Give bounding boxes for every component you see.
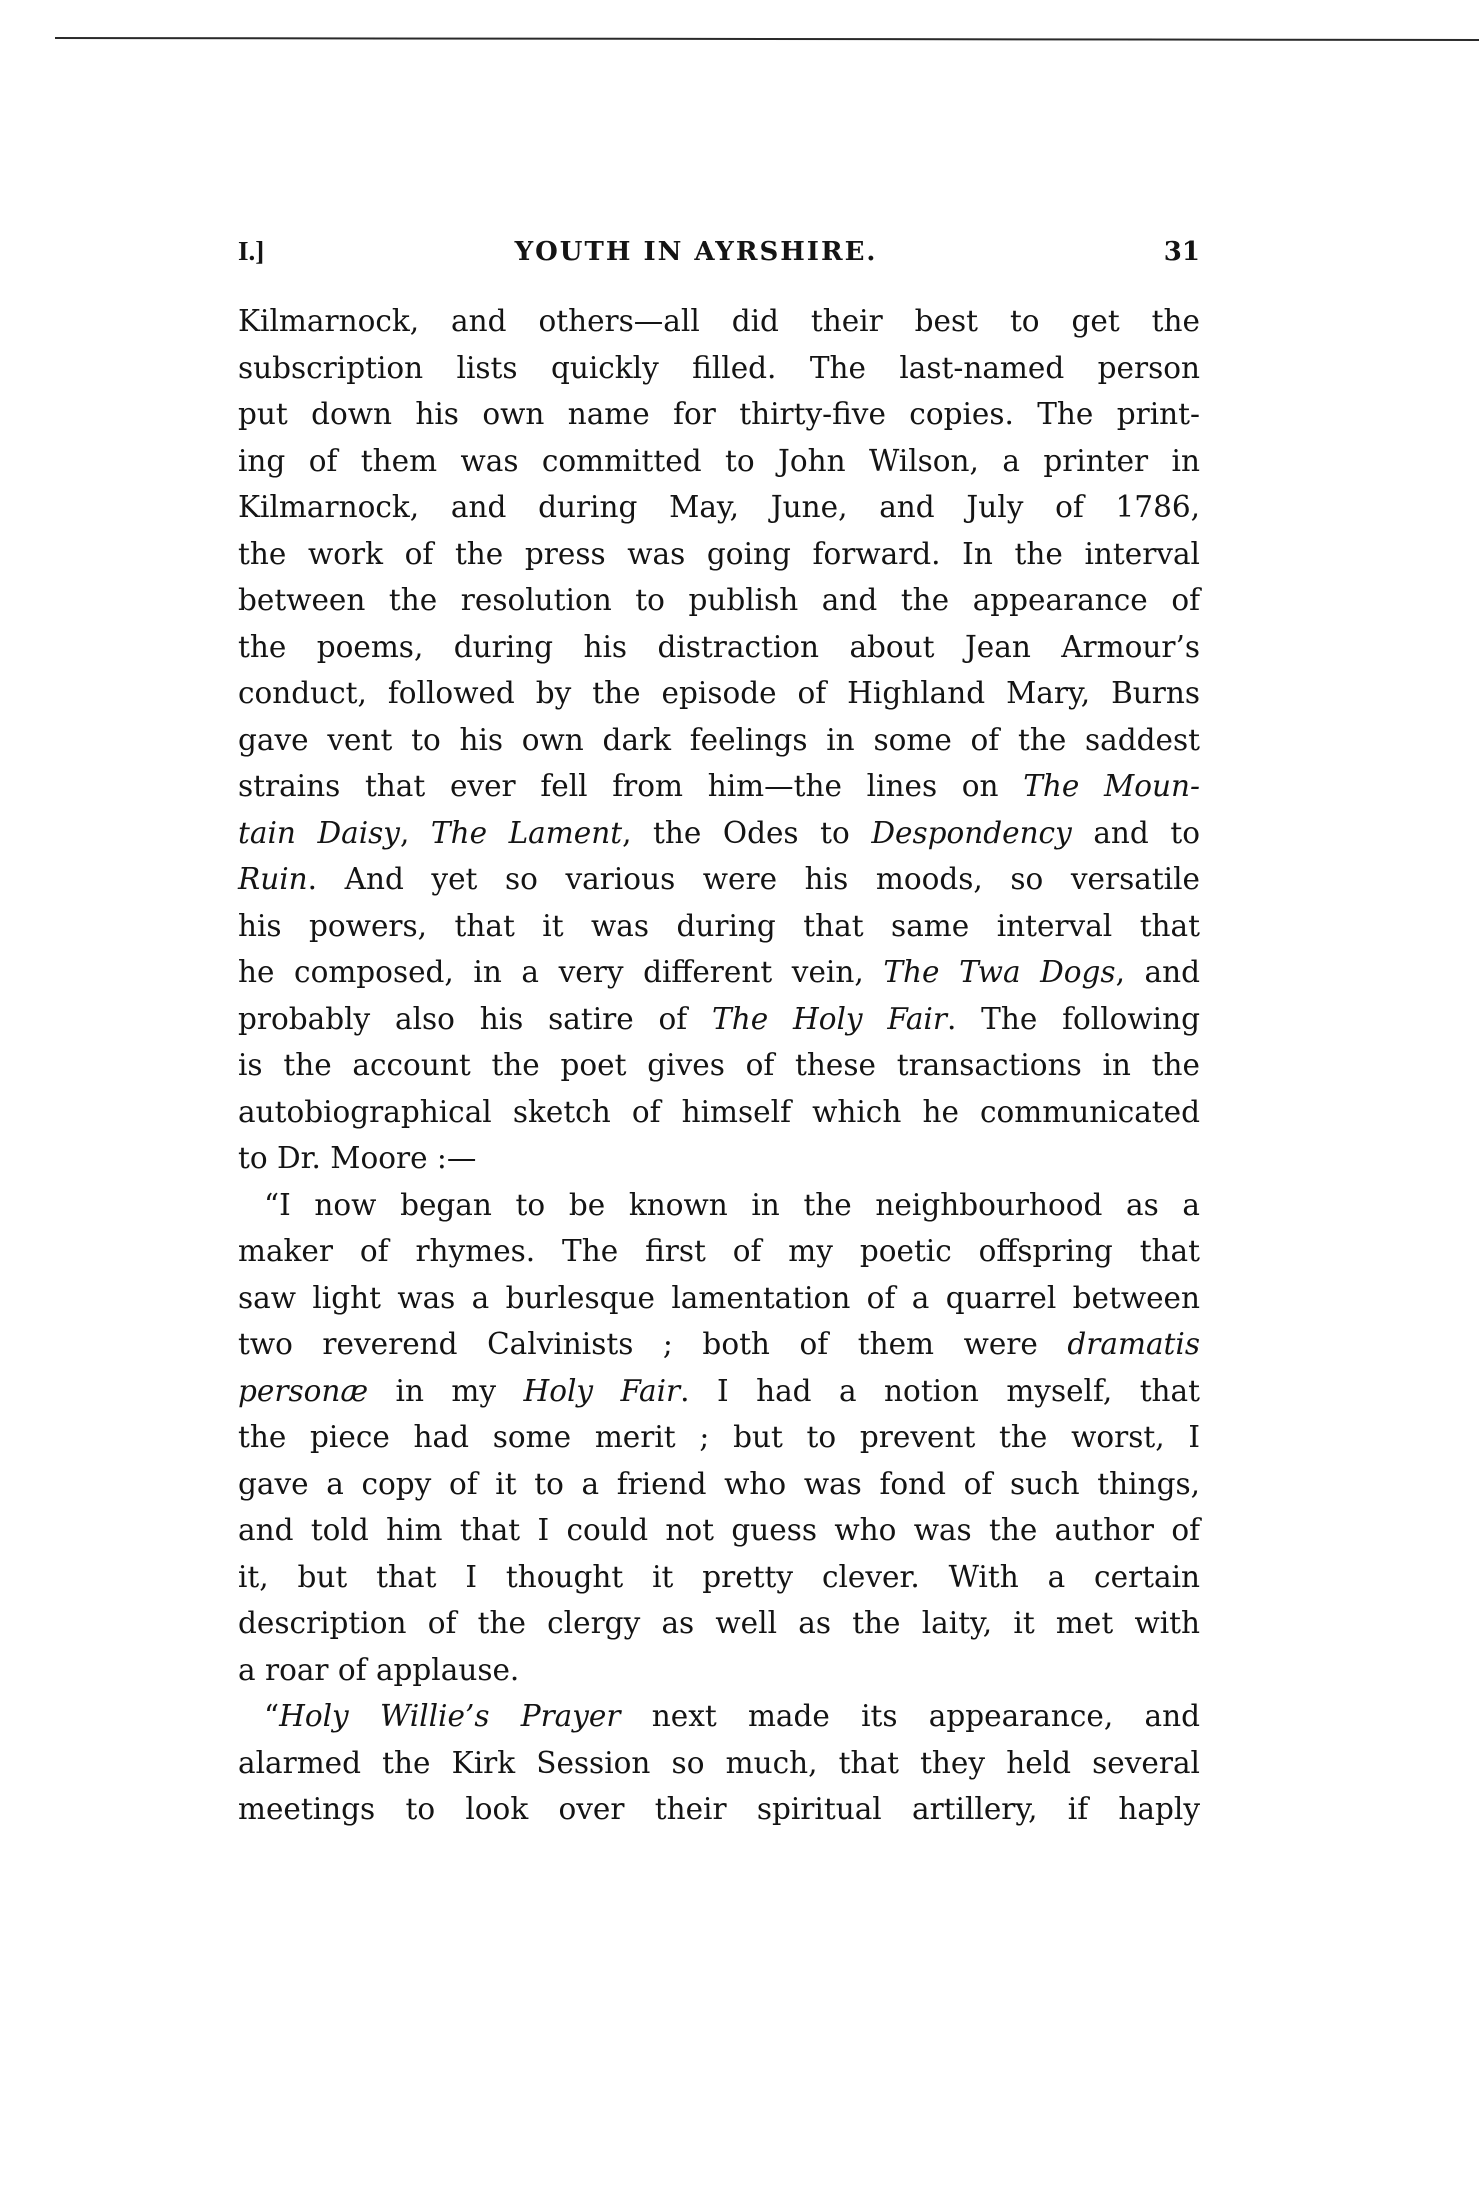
text-line: two reverend Calvinists ; both of them w… [238,1321,1200,1368]
text-line: strains that ever fell from him—the line… [238,763,1200,810]
text-run: . I had a notion myself, that [680,1374,1200,1408]
text-line: to Dr. Moore :— [238,1135,1200,1182]
text-run: saw light was a burlesque lamentation of… [238,1281,1200,1315]
text-run: a roar of applause. [238,1653,519,1687]
italic-title: tain Daisy [238,816,400,850]
italic-title: The Lament [431,816,622,850]
text-line: “I now began to be known in the neighbou… [238,1182,1200,1229]
text-run: description of the clergy as well as the… [238,1606,1200,1640]
text-run: Kilmarnock, and during May, June, and Ju… [238,490,1200,524]
text-line: the poems, during his distraction about … [238,624,1200,671]
scan-edge-rule [55,37,1479,41]
text-line: gave vent to his own dark feelings in so… [238,717,1200,764]
text-run: conduct, followed by the episode of High… [238,676,1200,710]
paragraph: Kilmarnock, and others—all did their bes… [238,298,1200,1182]
text-line: meetings to look over their spiritual ar… [238,1786,1200,1833]
text-line: it, but that I thought it pretty clever.… [238,1554,1200,1601]
text-run: in my [368,1374,523,1408]
text-line: saw light was a burlesque lamentation of… [238,1275,1200,1322]
text-run: “I now began to be known in the neighbou… [264,1188,1200,1222]
text-run: he composed, in a very different vein, [238,955,883,989]
text-line: between the resolution to publish and th… [238,577,1200,624]
text-line: the work of the press was going forward.… [238,531,1200,578]
text-run: between the resolution to publish and th… [238,583,1200,617]
text-run: and told him that I could not guess who … [238,1513,1200,1547]
text-run: two reverend Calvinists ; both of them w… [238,1327,1067,1361]
text-run: , and [1116,955,1200,989]
text-line: ing of them was committed to John Wilson… [238,438,1200,485]
text-run: his powers, that it was during that same… [238,909,1200,943]
italic-title: Despondency [871,816,1071,850]
text-run: , [400,816,431,850]
text-run: and to [1072,816,1200,850]
text-line: probably also his satire of The Holy Fai… [238,996,1200,1043]
italic-title: Holy Willie’s Prayer [279,1699,620,1733]
chapter-number: I.] [238,236,264,267]
text-line: personæ in my Holy Fair. I had a notion … [238,1368,1200,1415]
text-line: “Holy Willie’s Prayer next made its appe… [238,1693,1200,1740]
text-run: . The following [947,1002,1200,1036]
text-run: strains that ever fell from him—the line… [238,769,1023,803]
text-line: maker of rhymes. The first of my poetic … [238,1228,1200,1275]
text-run: the poems, during his distraction about … [238,630,1200,664]
text-line: autobiographical sketch of himself which… [238,1089,1200,1136]
text-run: is the account the poet gives of these t… [238,1048,1200,1082]
text-line: description of the clergy as well as the… [238,1600,1200,1647]
text-run: the work of the press was going forward.… [238,537,1200,571]
text-line: is the account the poet gives of these t… [238,1042,1200,1089]
paragraph: “I now began to be known in the neighbou… [238,1182,1200,1694]
text-line: alarmed the Kirk Session so much, that t… [238,1740,1200,1787]
text-run: gave vent to his own dark feelings in so… [238,723,1200,757]
italic-title: personæ [238,1374,368,1408]
running-head: I.] YOUTH IN AYRSHIRE. 31 [238,236,1200,282]
italic-title: dramatis [1067,1327,1200,1361]
text-line: Ruin. And yet so various were his moods,… [238,856,1200,903]
text-line: his powers, that it was during that same… [238,903,1200,950]
text-run: , the Odes to [622,816,871,850]
text-line: and told him that I could not guess who … [238,1507,1200,1554]
text-run: meetings to look over their spiritual ar… [238,1792,1200,1826]
text-run: subscription lists quickly filled. The l… [238,351,1200,385]
text-line: a roar of applause. [238,1647,1200,1694]
text-run: “ [264,1699,279,1733]
body-text: Kilmarnock, and others—all did their bes… [238,298,1200,1833]
text-line: the piece had some merit ; but to preven… [238,1414,1200,1461]
italic-title: The Twa Dogs [883,955,1115,989]
text-run: next made its appearance, and [620,1699,1200,1733]
text-run: alarmed the Kirk Session so much, that t… [238,1746,1200,1780]
text-line: tain Daisy, The Lament, the Odes to Desp… [238,810,1200,857]
page-number: 31 [1164,237,1200,267]
running-title: YOUTH IN AYRSHIRE. [515,237,878,267]
text-run: gave a copy of it to a friend who was fo… [238,1467,1200,1501]
text-line: put down his own name for thirty-five co… [238,391,1200,438]
italic-title: The Holy Fair [712,1002,947,1036]
italic-title: The Moun- [1023,769,1200,803]
text-run: maker of rhymes. The first of my poetic … [238,1234,1200,1268]
italic-title: Holy Fair [524,1374,681,1408]
text-run: probably also his satire of [238,1002,712,1036]
text-run: Kilmarnock, and others—all did their bes… [238,304,1200,338]
text-run: put down his own name for thirty-five co… [238,397,1200,431]
text-line: conduct, followed by the episode of High… [238,670,1200,717]
text-run: the piece had some merit ; but to preven… [238,1420,1200,1454]
text-line: subscription lists quickly filled. The l… [238,345,1200,392]
text-run: . And yet so various were his moods, so … [308,862,1200,896]
text-run: autobiographical sketch of himself which… [238,1095,1200,1129]
paragraph: “Holy Willie’s Prayer next made its appe… [238,1693,1200,1833]
text-run: it, but that I thought it pretty clever.… [238,1560,1200,1594]
text-run: ing of them was committed to John Wilson… [238,444,1200,478]
italic-title: Ruin [238,862,308,896]
text-line: gave a copy of it to a friend who was fo… [238,1461,1200,1508]
text-line: he composed, in a very different vein, T… [238,949,1200,996]
text-run: to Dr. Moore :— [238,1141,476,1175]
text-line: Kilmarnock, and during May, June, and Ju… [238,484,1200,531]
text-line: Kilmarnock, and others—all did their bes… [238,298,1200,345]
